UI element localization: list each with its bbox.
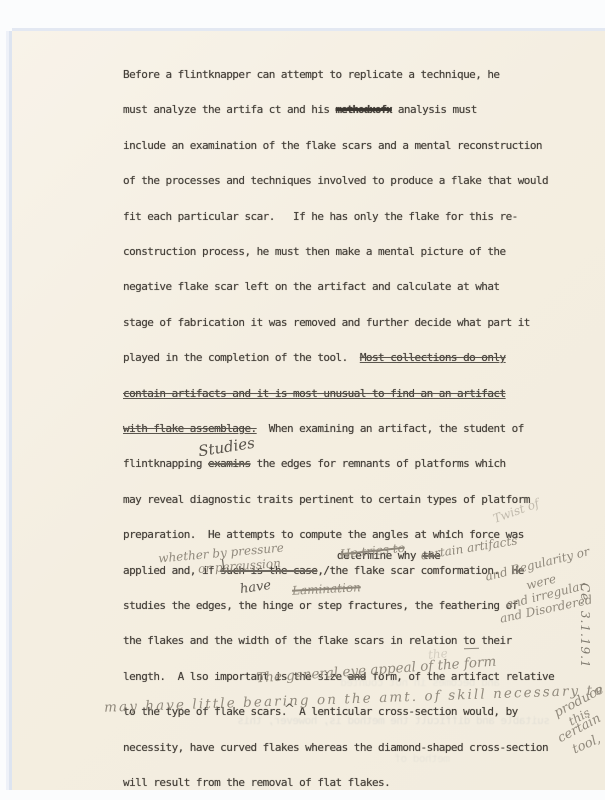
typed-line: negative flake scar left on the artifact…: [123, 280, 500, 293]
typed-line: with flake assemblage. When examining an…: [123, 422, 524, 435]
typed-text-edited: with flake assemblage.: [123, 422, 257, 435]
catalog-number: Ce. 3.1.19.1: [578, 583, 592, 669]
typed-line: must analyze the artifa ct and his metho…: [123, 103, 477, 116]
typed-text: preparation. He attempts to compute the …: [123, 528, 524, 541]
typed-line: may reveal diagnostic traits pertinent t…: [123, 493, 530, 506]
typed-text: negative flake scar left on the artifact…: [123, 280, 500, 293]
typed-text-edited: methodxofx: [336, 103, 392, 116]
handwritten-caret: ^: [284, 702, 295, 717]
typed-text: will result from the removal of flat fla…: [123, 776, 390, 789]
typed-line: applied and, if such is the case,/the fl…: [123, 564, 524, 577]
typed-line: fit each particular scar. If he has only…: [123, 210, 518, 223]
typed-text-edited: examins: [208, 457, 251, 470]
typed-text: stage of fabrication it was removed and …: [123, 316, 530, 329]
typed-text: construction process, he must then make …: [123, 245, 506, 258]
typed-text: the flakes and the width of the flake sc…: [123, 634, 512, 647]
typed-text-edited: contain artifacts and it is most unusual…: [123, 387, 506, 400]
typed-text: may reveal diagnostic traits pertinent t…: [123, 493, 530, 506]
typed-line: stage of fabrication it was removed and …: [123, 316, 530, 329]
typed-text-edited: Most collections do only: [360, 351, 506, 364]
typed-line: played in the completion of the tool. Mo…: [123, 351, 506, 364]
typed-text: necessity, have curved flakes whereas th…: [123, 741, 548, 754]
typed-line: flintknapping examins the edges for remn…: [123, 457, 506, 470]
typed-text: include an examination of the flake scar…: [123, 139, 542, 152]
typed-line: will result from the removal of flat fla…: [123, 776, 390, 789]
typed-text: of the processes and techniques involved…: [123, 174, 548, 187]
typed-text: analysis must: [392, 103, 477, 116]
typed-line: Before a flintknapper can attempt to rep…: [123, 68, 500, 81]
typed-line: include an examination of the flake scar…: [123, 139, 542, 152]
typed-line: of the processes and techniques involved…: [123, 174, 548, 187]
bleedthrough-text: method of: [250, 752, 450, 765]
handwritten-caret: \: [221, 558, 225, 573]
typed-line: preparation. He attempts to compute the …: [123, 528, 524, 541]
typed-text: studies the edges, the hinge or step fra…: [123, 599, 518, 612]
handwritten-comma-insertion: ,: [446, 518, 451, 536]
typed-line: necessity, have curved flakes whereas th…: [123, 741, 548, 754]
typed-text: the edges for remnants of platforms whic…: [251, 457, 506, 470]
typed-text: played in the completion of the tool.: [123, 351, 360, 364]
typed-line: studies the edges, the hinge or step fra…: [123, 599, 518, 612]
typed-text: fit each particular scar. If he has only…: [123, 210, 518, 223]
typed-line: contain artifacts and it is most unusual…: [123, 387, 506, 400]
typed-text: flintknapping: [123, 457, 208, 470]
typed-text: must analyze the artifa ct and his: [123, 103, 336, 116]
typed-text: When examining an artifact, the student …: [257, 422, 524, 435]
typed-text: Before a flintknapper can attempt to rep…: [123, 68, 500, 81]
typed-line: construction process, he must then make …: [123, 245, 506, 258]
scanned-document-page: suitable and difficult the method is, ho…: [0, 0, 605, 800]
typed-line: the flakes and the width of the flake sc…: [123, 634, 512, 647]
